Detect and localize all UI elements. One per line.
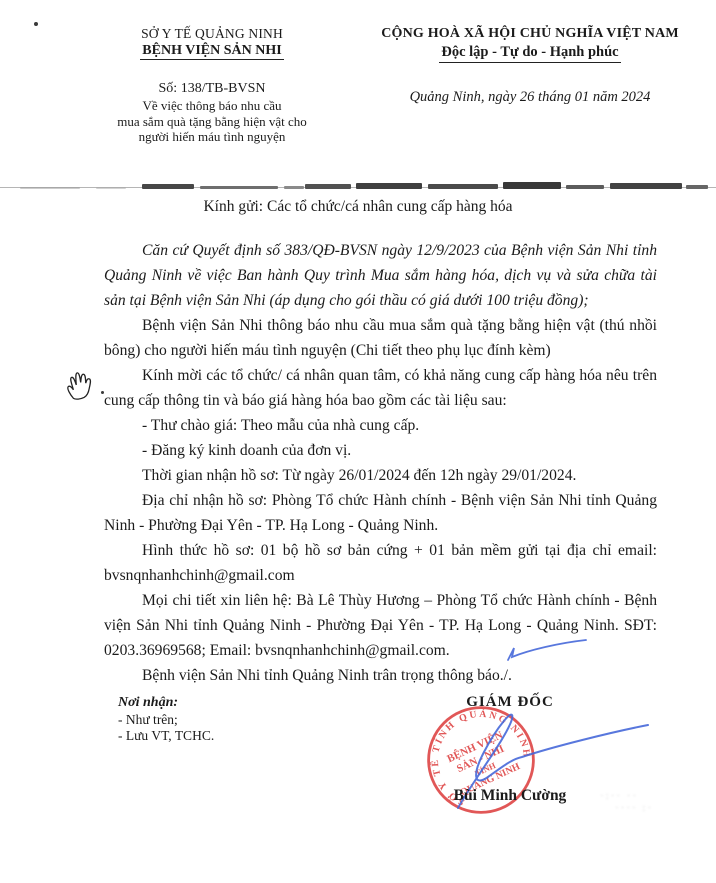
national-title: CỘNG HOÀ XÃ HỘI CHỦ NGHĨA VIỆT NAM	[362, 26, 698, 42]
signature-flourish-ink	[504, 636, 590, 662]
subject-line: người hiến máu tình nguyện	[62, 129, 362, 145]
document-body: Căn cứ Quyết định số 383/QĐ-BVSN ngày 12…	[104, 238, 657, 688]
recipient-item: - Lưu VT, TCHC.	[118, 728, 214, 745]
salutation-line: Kính gửi: Các tổ chức/cá nhân cung cấp h…	[0, 198, 716, 216]
open-hand-cursor-icon	[63, 367, 99, 401]
subject-line: mua sắm quà tặng bằng hiện vật cho	[62, 114, 362, 130]
scan-artifact-band	[0, 178, 716, 194]
recipients-block: Nơi nhận: - Như trên; - Lưu VT, TCHC.	[118, 695, 214, 745]
paragraph-announcement: Bệnh viện Sản Nhi thông báo nhu cầu mua …	[104, 313, 657, 363]
place-date-line: Quảng Ninh, ngày 26 tháng 01 năm 2024	[362, 89, 698, 106]
scan-dot	[101, 391, 104, 394]
paragraph-deadline: Thời gian nhận hồ sơ: Từ ngày 26/01/2024…	[104, 463, 657, 488]
document-subject: Về việc thông báo nhu cầu mua sắm quà tặ…	[62, 98, 362, 145]
paragraph-legal-basis: Căn cứ Quyết định số 383/QĐ-BVSN ngày 12…	[104, 238, 657, 313]
subject-line: Về việc thông báo nhu cầu	[62, 98, 362, 114]
scan-dot	[34, 22, 38, 26]
paragraph-invitation: Kính mời các tổ chức/ cá nhân quan tâm, …	[104, 363, 657, 413]
signer-name: Bùi Minh Cường	[420, 787, 600, 805]
scan-smudge: ···· :·	[615, 802, 653, 814]
paragraph-address: Địa chỉ nhận hồ sơ: Phòng Tổ chức Hành c…	[104, 488, 657, 538]
national-motto: Độc lập - Tự do - Hạnh phúc	[362, 44, 698, 61]
organization-name: BỆNH VIỆN SẢN NHI	[62, 43, 362, 59]
bullet-business-registration: - Đăng ký kinh doanh của đơn vị.	[104, 438, 657, 463]
recipient-item: - Như trên;	[118, 712, 214, 729]
issuing-org-block: SỞ Y TẾ QUẢNG NINH BỆNH VIỆN SẢN NHI Số:…	[62, 26, 362, 145]
scan-smudge: ·:·· ··	[600, 790, 638, 802]
scanned-document-page: SỞ Y TẾ QUẢNG NINH BỆNH VIỆN SẢN NHI Số:…	[0, 0, 716, 883]
recipients-label: Nơi nhận:	[118, 695, 214, 712]
agency-name: SỞ Y TẾ QUẢNG NINH	[62, 26, 362, 42]
document-number: Số: 138/TB-BVSN	[62, 81, 362, 97]
national-header-block: CỘNG HOÀ XÃ HỘI CHỦ NGHĨA VIỆT NAM Độc l…	[362, 26, 698, 145]
bullet-quotation-letter: - Thư chào giá: Theo mẫu của nhà cung cấ…	[104, 413, 657, 438]
paragraph-submission-format: Hình thức hồ sơ: 01 bộ hồ sơ bản cứng + …	[104, 538, 657, 588]
paragraph-closing: Bệnh viện Sản Nhi tỉnh Quảng Ninh trân t…	[104, 663, 657, 688]
document-header: SỞ Y TẾ QUẢNG NINH BỆNH VIỆN SẢN NHI Số:…	[0, 26, 716, 145]
